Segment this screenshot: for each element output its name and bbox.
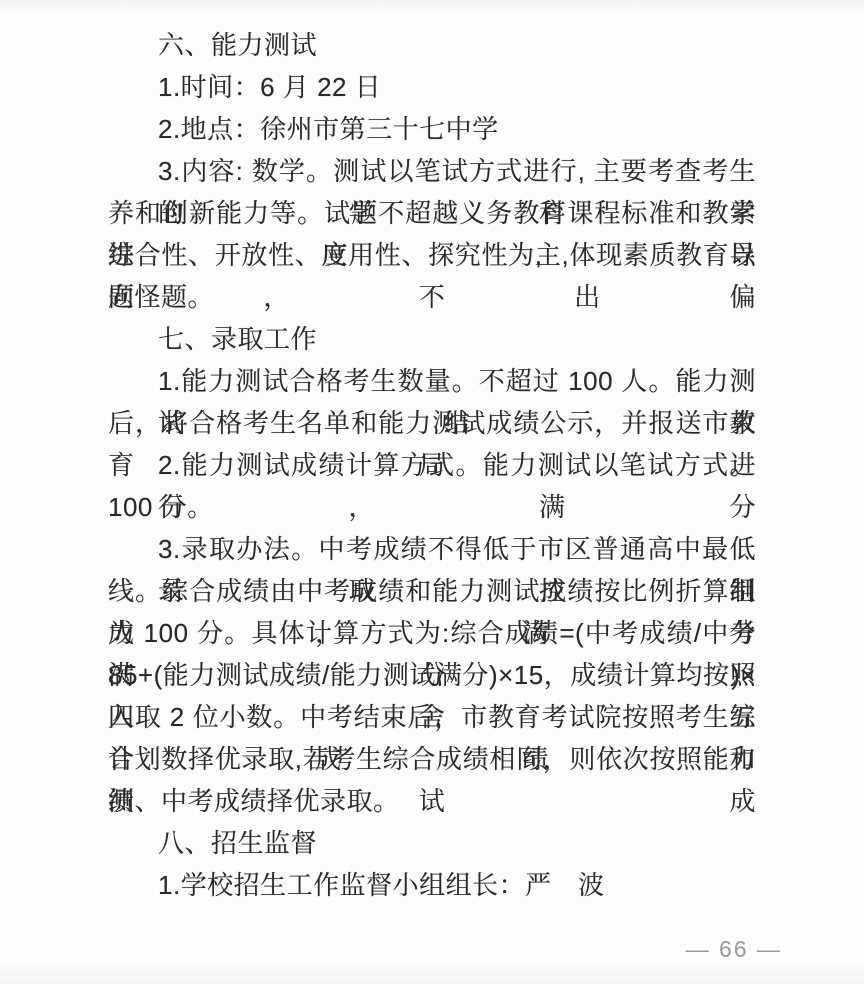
- text-line: 3.录取办法。中考成绩不得低于市区普通高中最低录取控制: [108, 528, 756, 570]
- text-line: 计划数择优录取,若考生综合成绩相同，则依次按照能力测试成: [108, 738, 756, 780]
- text-line: 综合性、开放性、应用性、探究性为主,体现素质教育导向，不出偏: [108, 234, 756, 276]
- section-heading-8: 八、招生监督: [108, 822, 756, 864]
- text-line: 85+(能力测试成绩/能力测试满分)×15，成绩计算均按照四舍五: [108, 654, 756, 696]
- document-body: 六、能力测试 1.时间：6 月 22 日 2.地点：徐州市第三十七中学 3.内容…: [108, 24, 756, 906]
- text-line: 为 100 分。具体计算方式为:综合成绩=(中考成绩/中考满分)×: [108, 612, 756, 654]
- text-line: 后，将合格考生名单和能力测试成绩公示，并报送市教育局。: [108, 402, 756, 444]
- text-line: 养和创新能力等。试题不超越义务教育课程标准和教学进度,以: [108, 192, 756, 234]
- text-line: 1.能力测试合格考生数量。不超过 100 人。能力测试结束: [108, 360, 756, 402]
- section-heading-6: 六、能力测试: [108, 24, 756, 66]
- text-line: 3.内容: 数学。测试以笔试方式进行, 主要考查考生的学科素: [108, 150, 756, 192]
- text-line: 1.时间：6 月 22 日: [108, 66, 756, 108]
- section-heading-7: 七、录取工作: [108, 318, 756, 360]
- text-line: 线。综合成绩由中考成绩和能力测试成绩按比例折算组成，满分: [108, 570, 756, 612]
- text-line: 1.学校招生工作监督小组组长：严 波: [108, 864, 756, 906]
- text-line: 入取 2 位小数。中考结束后，市教育考试院按照考生综合成绩和: [108, 696, 756, 738]
- text-line: 2.地点：徐州市第三十七中学: [108, 108, 756, 150]
- page-number: — 66 —: [686, 936, 782, 963]
- text-line: 2.能力测试成绩计算方式。能力测试以笔试方式进行，满分: [108, 444, 756, 486]
